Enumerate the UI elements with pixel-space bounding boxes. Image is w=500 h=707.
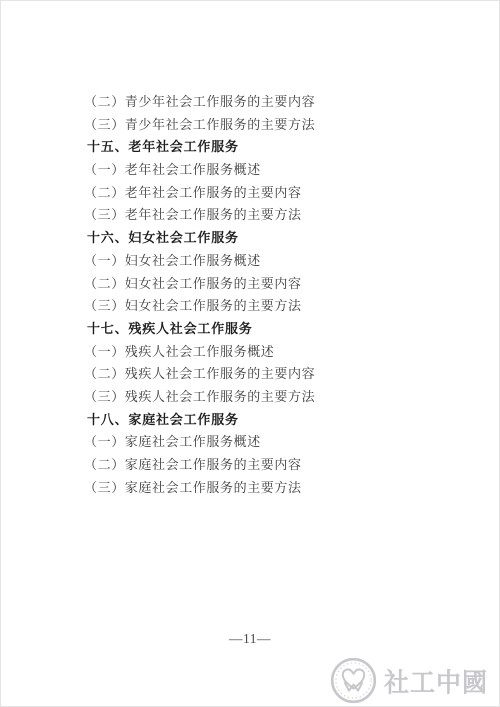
toc-item: （三）老年社会工作服务的主要方法: [84, 204, 424, 227]
toc-item: （一）妇女社会工作服务概述: [84, 250, 424, 273]
document-page: （二）青少年社会工作服务的主要内容 （三）青少年社会工作服务的主要方法 十五、老…: [0, 0, 500, 707]
page-number: —11—: [0, 631, 500, 647]
toc-item: （二）妇女社会工作服务的主要内容: [84, 273, 424, 296]
toc-item: （二）残疾人社会工作服务的主要内容: [84, 363, 424, 386]
toc-item: （二）青少年社会工作服务的主要内容: [84, 91, 424, 114]
toc-item: （一）残疾人社会工作服务概述: [84, 341, 424, 364]
toc-item: （三）家庭社会工作服务的主要方法: [84, 477, 424, 500]
toc-item: （三）残疾人社会工作服务的主要方法: [84, 386, 424, 409]
toc-item: （三）妇女社会工作服务的主要方法: [84, 295, 424, 318]
socialwork-china-logo: 社工中國: [330, 657, 488, 707]
toc-heading: 十六、妇女社会工作服务: [87, 227, 424, 250]
toc-item: （一）老年社会工作服务概述: [84, 159, 424, 182]
toc-heading: 十八、家庭社会工作服务: [87, 409, 424, 432]
toc-item: （一）家庭社会工作服务概述: [84, 431, 424, 454]
toc-item: （三）青少年社会工作服务的主要方法: [84, 114, 424, 137]
toc-heading: 十七、残疾人社会工作服务: [87, 318, 424, 341]
toc-content: （二）青少年社会工作服务的主要内容 （三）青少年社会工作服务的主要方法 十五、老…: [84, 91, 424, 499]
logo-wordmark: 社工中國: [384, 670, 488, 696]
toc-item: （二）老年社会工作服务的主要内容: [84, 182, 424, 205]
heart-hands-emblem-icon: [330, 657, 377, 707]
toc-heading: 十五、老年社会工作服务: [87, 136, 424, 159]
toc-item: （二）家庭社会工作服务的主要内容: [84, 454, 424, 477]
